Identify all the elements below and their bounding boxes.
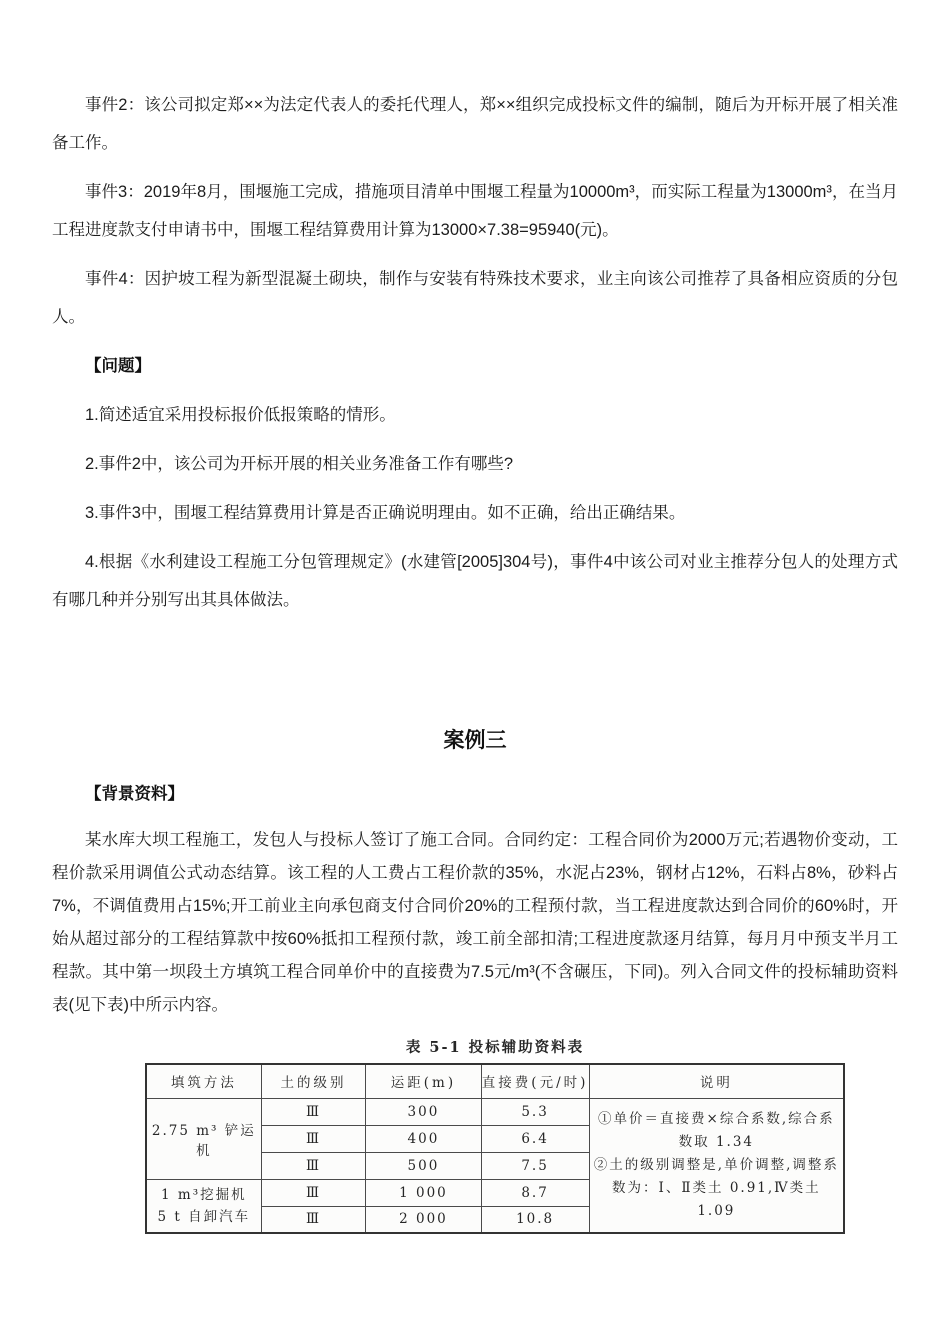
- soil-grade-cell: Ⅲ: [261, 1206, 366, 1233]
- background-paragraph: 某水库大坝工程施工，发包人与投标人签订了施工合同。合同约定：工程合同价为2000…: [52, 824, 898, 1022]
- note-2: ②土的级别调整是,单价调整,调整系数为：Ⅰ、Ⅱ类土 0.91,Ⅳ类土 1.09: [594, 1154, 839, 1223]
- header-notes: 说明: [589, 1064, 844, 1098]
- haul-distance-cell: 300: [366, 1098, 481, 1125]
- questions-header: 【问题】: [52, 347, 898, 385]
- header-haul-distance: 运距(m): [366, 1064, 481, 1098]
- event-2-paragraph: 事件2：该公司拟定郑××为法定代表人的委托代理人，郑××组织完成投标文件的编制，…: [52, 86, 898, 162]
- event-4-paragraph: 事件4：因护坡工程为新型混凝土砌块，制作与安装有特殊技术要求，业主向该公司推荐了…: [52, 260, 898, 336]
- haul-distance-cell: 2 000: [366, 1206, 481, 1233]
- question-3: 3.事件3中，围堰工程结算费用计算是否正确说明理由。如不正确，给出正确结果。: [52, 494, 898, 532]
- header-soil-grade: 土的级别: [261, 1064, 366, 1098]
- direct-cost-cell: 6.4: [481, 1125, 589, 1152]
- case-title: 案例三: [52, 721, 898, 761]
- soil-grade-cell: Ⅲ: [261, 1098, 366, 1125]
- bid-auxiliary-table: 填筑方法 土的级别 运距(m) 直接费(元/时) 说明 2.75 m³ 铲运机 …: [145, 1063, 845, 1234]
- notes-cell: ①单价＝直接费×综合系数,综合系数取 1.34 ②土的级别调整是,单价调整,调整…: [589, 1098, 844, 1233]
- direct-cost-cell: 8.7: [481, 1179, 589, 1206]
- table-row: 2.75 m³ 铲运机 Ⅲ 300 5.3 ①单价＝直接费×综合系数,综合系数取…: [146, 1098, 844, 1125]
- soil-grade-cell: Ⅲ: [261, 1179, 366, 1206]
- question-1: 1.简述适宜采用投标报价低报策略的情形。: [52, 396, 898, 434]
- soil-grade-cell: Ⅲ: [261, 1152, 366, 1179]
- question-2: 2.事件2中，该公司为开标开展的相关业务准备工作有哪些?: [52, 445, 898, 483]
- event-3-paragraph: 事件3：2019年8月，围堰施工完成，措施项目清单中围堰工程量为10000m³，…: [52, 173, 898, 249]
- method-line-1: 1 m³挖掘机: [151, 1184, 257, 1206]
- background-header: 【背景资料】: [52, 775, 898, 813]
- table-header-row: 填筑方法 土的级别 运距(m) 直接费(元/时) 说明: [146, 1064, 844, 1098]
- question-4: 4.根据《水利建设工程施工分包管理规定》(水建管[2005]304号)，事件4中…: [52, 543, 898, 619]
- direct-cost-cell: 10.8: [481, 1206, 589, 1233]
- method-scraper-cell: 2.75 m³ 铲运机: [146, 1098, 261, 1179]
- haul-distance-cell: 1 000: [366, 1179, 481, 1206]
- document-page: 事件2：该公司拟定郑××为法定代表人的委托代理人，郑××组织完成投标文件的编制，…: [0, 0, 950, 1234]
- bid-auxiliary-table-scan: 表 5-1 投标辅助资料表 填筑方法 土的级别 运距(m) 直接费(元/时) 说…: [145, 1036, 845, 1234]
- haul-distance-cell: 400: [366, 1125, 481, 1152]
- header-direct-cost: 直接费(元/时): [481, 1064, 589, 1098]
- haul-distance-cell: 500: [366, 1152, 481, 1179]
- direct-cost-cell: 5.3: [481, 1098, 589, 1125]
- method-excavator-cell: 1 m³挖掘机 5 t 自卸汽车: [146, 1179, 261, 1233]
- note-1: ①单价＝直接费×综合系数,综合系数取 1.34: [594, 1108, 839, 1154]
- direct-cost-cell: 7.5: [481, 1152, 589, 1179]
- table-title: 表 5-1 投标辅助资料表: [145, 1036, 845, 1057]
- header-fill-method: 填筑方法: [146, 1064, 261, 1098]
- soil-grade-cell: Ⅲ: [261, 1125, 366, 1152]
- method-line-2: 5 t 自卸汽车: [151, 1206, 257, 1228]
